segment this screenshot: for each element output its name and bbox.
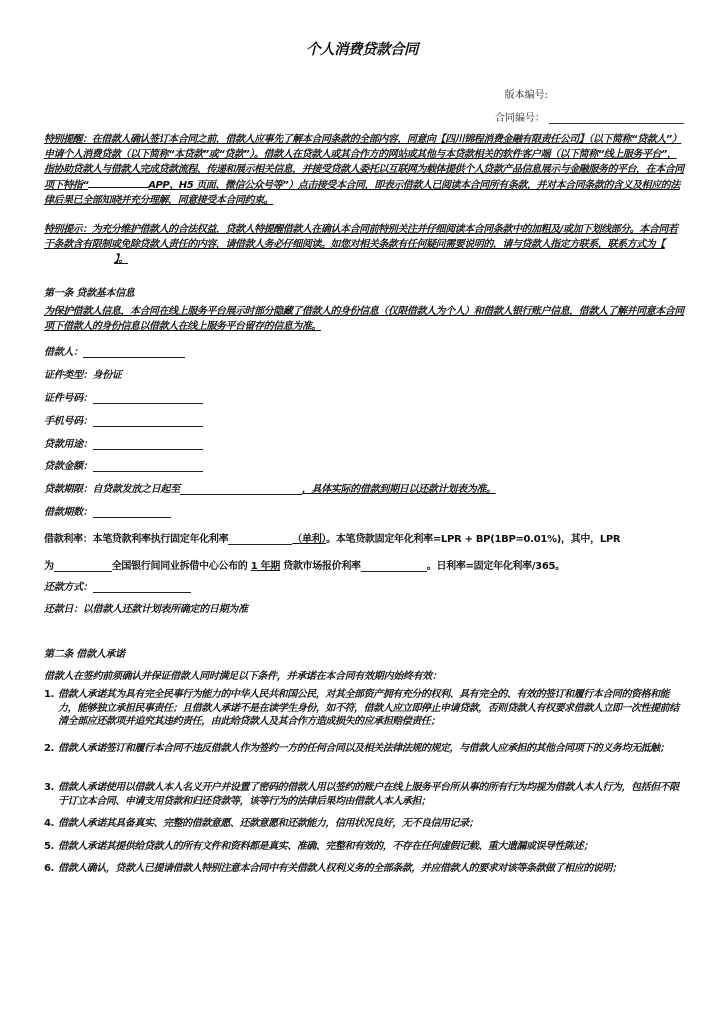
version-number: 版本编号: [505,86,548,101]
contract-number-blank [549,113,684,124]
rate-text-d: 为 [44,561,54,572]
item-text: 借款人承诺签订和履行本合同不违反借款人作为签约一方的任何合同以及相关法律法规的规… [58,743,669,754]
loan-term-blank [180,483,302,495]
commitment-item-1: 1.借款人承诺其为具有完全民事行为能力的中华人民共和国公民，对其全部资产拥有充分… [44,688,684,729]
phone-blank [93,415,203,427]
contract-number-label: 合同编号： [495,113,545,124]
interest-rate-line-2: 为全国银行间同业拆借中心公布的 1 年期 贷款市场报价利率。日利率=固定年化利率… [44,557,565,572]
id-type-field: 证件类型：身份证 [44,366,122,381]
special-notice: 特别提示：为充分维护借款人的合法权益，贷款人特提醒借款人在确认本合同前特别关注并… [44,222,684,268]
rate-text-f: 贷款市场报价利率 [283,561,361,572]
lpr-date-blank [54,560,112,572]
installments-field: 借款期数： [44,503,171,518]
loan-term-label: 贷款期限： [44,484,93,495]
commitment-item-4: 4.借款人承诺其具备真实、完整的借款意愿、还款意愿和还款能力，信用状况良好，无不… [44,817,684,831]
loan-amount-field: 贷款金额： [44,457,203,472]
item-text: 借款人承诺其提供给贷款人的所有文件和资料都是真实、准确、完整和有效的，不存在任何… [58,841,593,852]
document-title: 个人消费贷款合同 [0,38,724,59]
lpr-value-blank [361,560,427,572]
platform-name-blank [88,187,148,188]
commitment-item-6: 6.借款人确认，贷款人已提请借款人特别注意本合同中有关借款人权利义务的全部条款，… [44,862,684,876]
item-text: 借款人承诺其为具有完全民事行为能力的中华人民共和国公民，对其全部资产拥有充分的权… [58,689,679,727]
repayment-method-blank [93,581,191,593]
loan-purpose-field: 贷款用途： [44,435,203,450]
repayment-method-field: 还款方式： [44,578,191,593]
item-text: 借款人承诺其具备真实、完整的借款意愿、还款意愿和还款能力，信用状况良好，无不良信… [58,818,478,829]
rate-text-e: 全国银行间同业拆借中心公布的 [112,561,248,572]
reminder-text-b: APP、H5 页面、微信公众号等”）点击接受本合同，即表示借款人已阅读本合同所有… [44,180,680,206]
commitment-item-2: 2.借款人承诺签订和履行本合同不违反借款人作为签约一方的任何合同以及相关法律法规… [44,742,684,756]
commitment-item-5: 5.借款人承诺其提供给贷款人的所有文件和资料都是真实、准确、完整和有效的，不存在… [44,840,684,854]
article-2-title: 第二条 借款人承诺 [44,645,125,660]
phone-field: 手机号码： [44,412,203,427]
loan-amount-blank [93,460,203,472]
borrower-label: 借款人： [44,347,83,358]
article-2-intro: 借款人在签约前须确认并保证借款人同时满足以下条件，并承诺在本合同有效期内始终有效… [44,667,442,682]
lpr-term: 1 年期 [251,561,280,572]
installments-blank [93,506,171,518]
id-number-field: 证件号码： [44,389,203,404]
loan-term-field: 贷款期限：自贷款发放之日起至，具体实际的借款到期日以还款计划表为准。 [44,480,496,495]
loan-purpose-label: 贷款用途： [44,439,93,450]
rate-text-c: 。本笔贷款固定年化利率=LPR + BP(1BP=0.01%)，其中，LPR [326,534,620,545]
notice-text-a: 特别提示：为充分维护借款人的合法权益，贷款人特提醒借款人在确认本合同前特别关注并… [44,224,678,250]
notice-text-b: 】。 [114,254,128,265]
id-number-blank [93,392,203,404]
borrower-field: 借款人： [44,343,185,358]
simple-interest-label: （单利） [292,534,326,545]
installments-label: 借款期数： [44,507,93,518]
phone-label: 手机号码： [44,416,93,427]
borrower-blank [83,346,185,358]
id-number-label: 证件号码： [44,393,93,404]
version-label: 版本编号: [505,90,548,101]
repayment-day: 还款日：以借款人还款计划表所确定的日期为准 [44,600,248,615]
annual-rate-blank [228,533,292,545]
contract-page: 个人消费贷款合同 版本编号: 合同编号： 特别提醒：在借款人确认签订本合同之前，… [0,0,724,1024]
item-text: 借款人承诺使用以借款人本人名义开户并设置了密码的借款人用以签约的账户在线上服务平… [58,782,679,807]
interest-rate-line-1: 借款利率：本笔贷款利率执行固定年化利率（单利）。本笔贷款固定年化利率=LPR +… [44,530,620,545]
loan-purpose-blank [93,438,203,450]
item-number: 4. [44,817,54,831]
rate-text-a: 借款利率：本笔贷款利率执行固定年化利率 [44,534,228,545]
item-number: 3. [44,781,54,795]
item-text: 借款人确认，贷款人已提请借款人特别注意本合同中有关借款人权利义务的全部条款，并应… [58,863,621,874]
contract-number: 合同编号： [495,109,684,124]
item-number: 5. [44,840,54,854]
item-number: 2. [44,742,54,756]
special-reminder: 特别提醒：在借款人确认签订本合同之前，借款人应事先了解本合同条款的全部内容，同意… [44,132,684,208]
privacy-note: 为保护借款人信息，本合同在线上服务平台展示时部分隐藏了借款人的身份信息（仅限借款… [44,304,684,334]
loan-term-suffix: ，具体实际的借款到期日以还款计划表为准。 [302,484,496,495]
id-type-label: 证件类型： [44,370,93,381]
item-number: 6. [44,862,54,876]
loan-term-prefix: 自贷款发放之日起至 [93,484,180,495]
repayment-method-label: 还款方式： [44,582,93,593]
daily-rate-text: 。日利率=固定年化利率/365。 [427,561,565,572]
article-1-title: 第一条 贷款基本信息 [44,284,134,299]
id-type-value: 身份证 [93,370,122,381]
commitment-item-3: 3.借款人承诺使用以借款人本人名义开户并设置了密码的借款人用以签约的账户在线上服… [44,781,684,808]
item-number: 1. [44,688,54,702]
loan-amount-label: 贷款金额： [44,461,93,472]
